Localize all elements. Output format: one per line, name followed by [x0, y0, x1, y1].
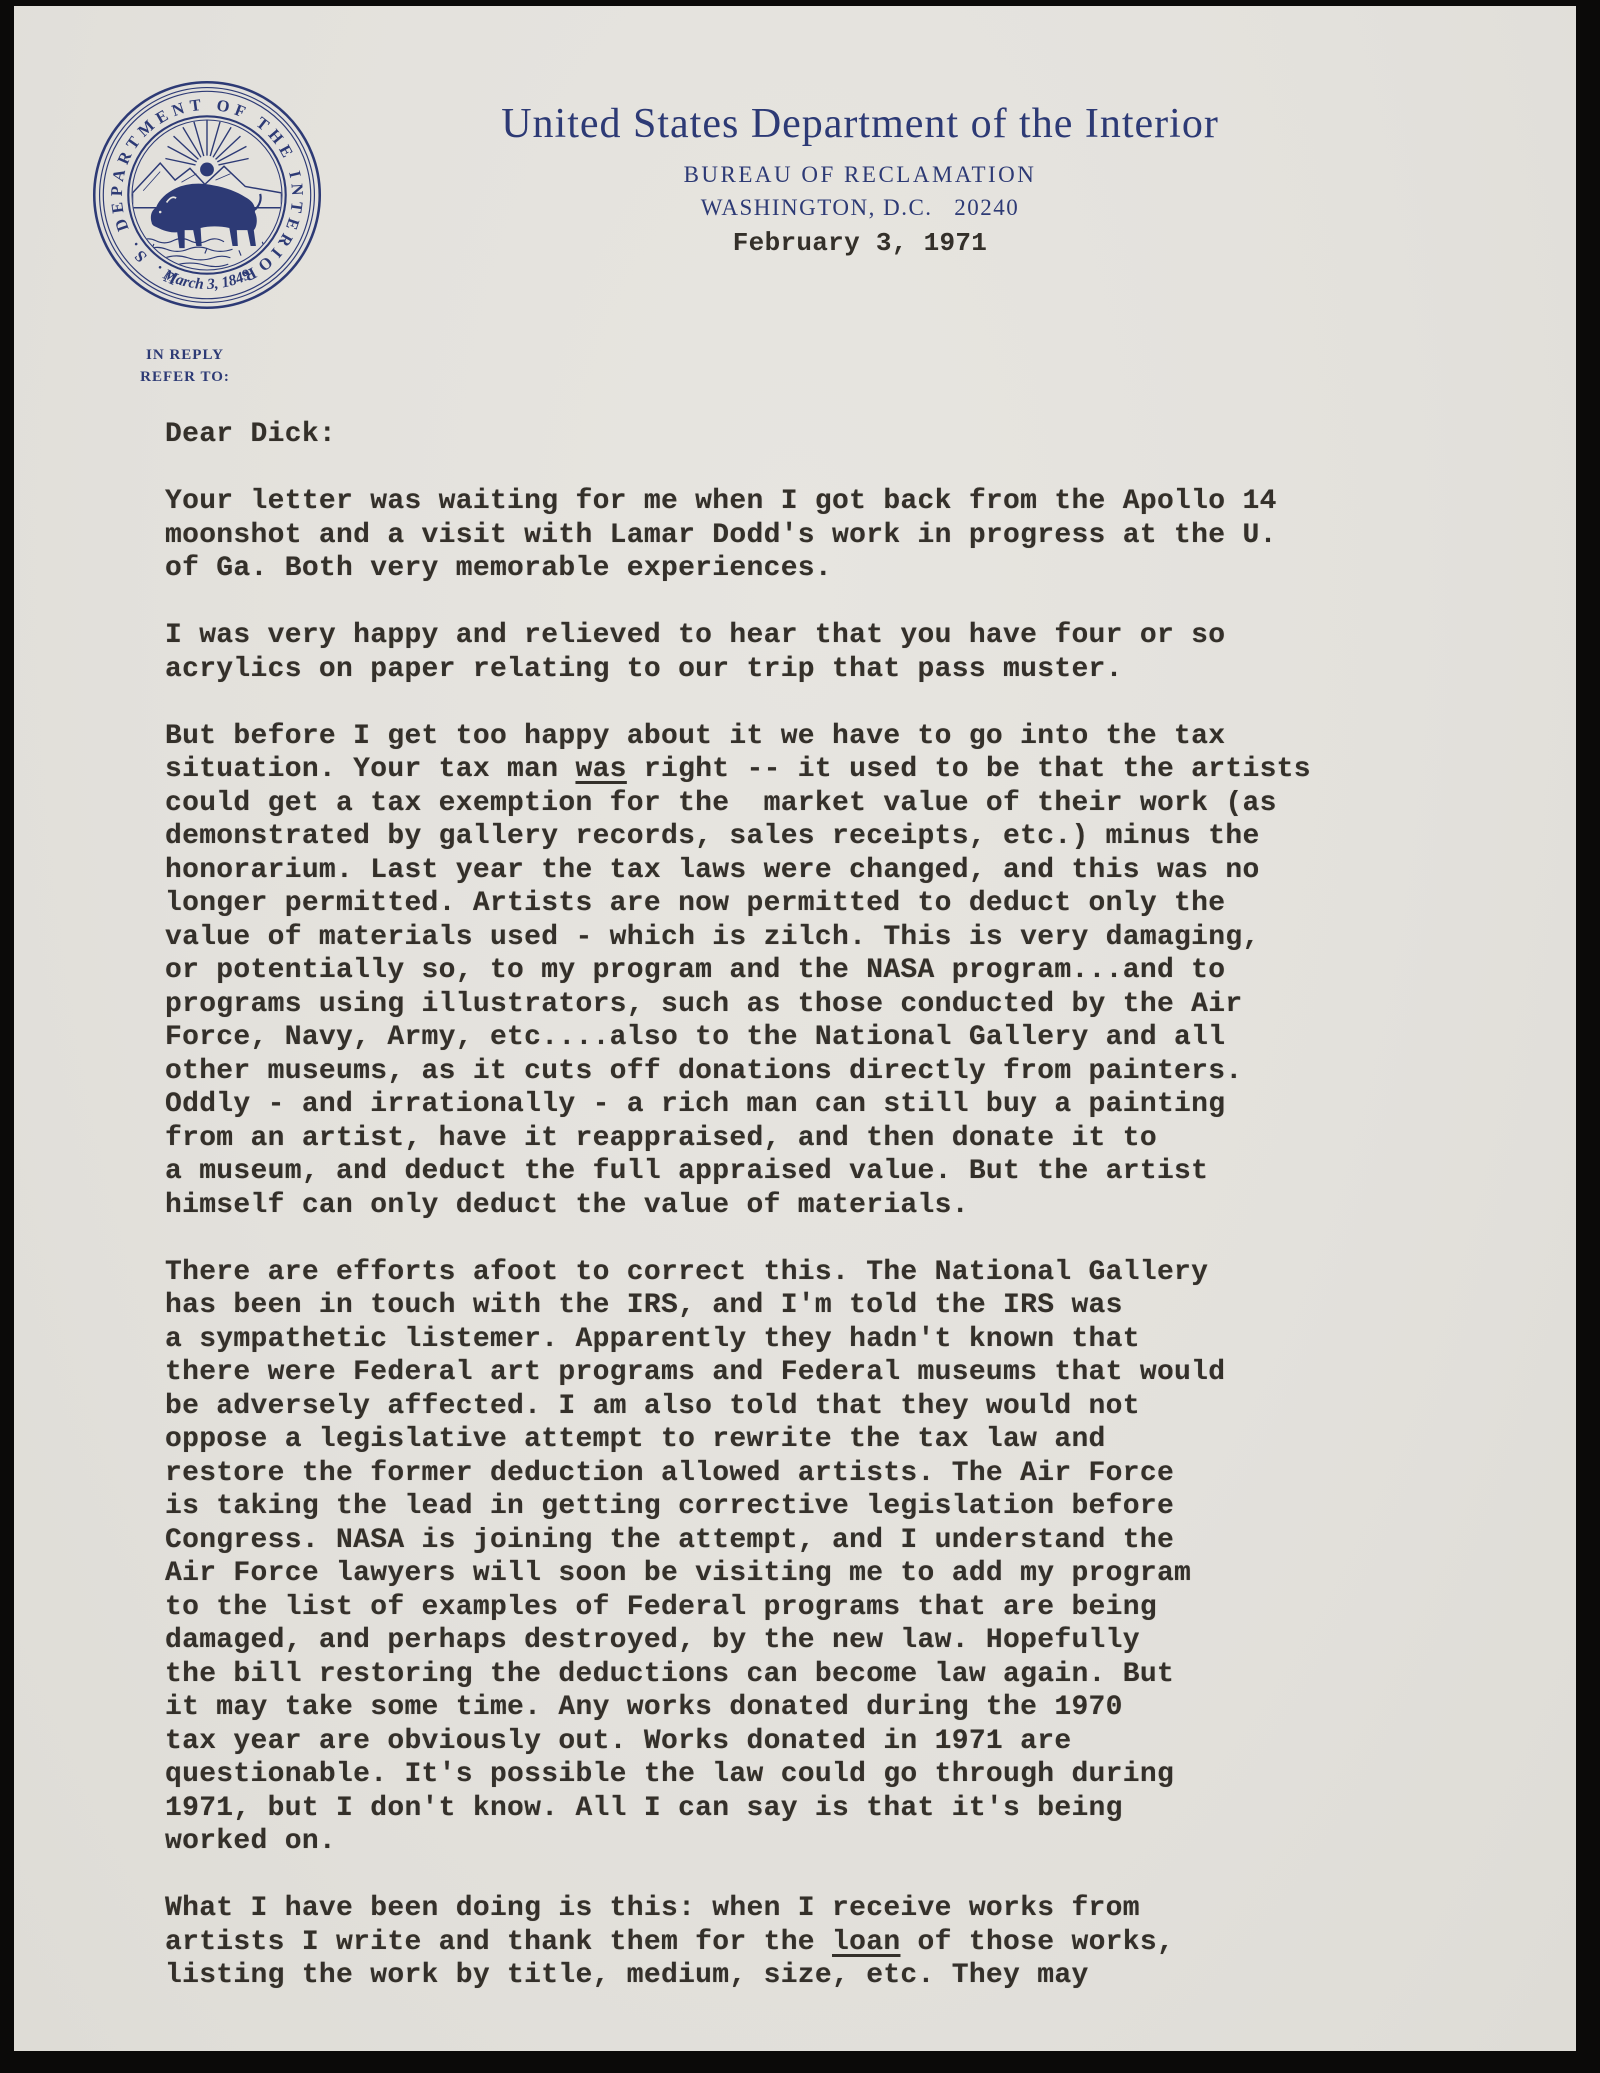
letter-paragraph: There are efforts afoot to correct this.…: [165, 1256, 1311, 1859]
letter-line: restore the former deduction allowed art…: [165, 1457, 1311, 1491]
letter-line: has been in touch with the IRS, and I'm …: [165, 1289, 1311, 1323]
underlined-word: was: [575, 754, 626, 785]
letter-line: programs using illustrators, such as tho…: [165, 988, 1311, 1022]
letter-line: What I have been doing is this: when I r…: [165, 1892, 1311, 1926]
reply-line-2: REFER TO:: [130, 366, 240, 388]
letter-line: I was very happy and relieved to hear th…: [165, 619, 1311, 653]
reply-reference-label: IN REPLY REFER TO:: [130, 344, 240, 388]
letter-line: situation. Your tax man was right -- it …: [165, 753, 1311, 787]
letter-line: artists I write and thank them for the l…: [165, 1926, 1311, 1960]
letter-line: it may take some time. Any works donated…: [165, 1691, 1311, 1725]
underlined-word: loan: [832, 1927, 900, 1958]
letter-line: or potentially so, to my program and the…: [165, 954, 1311, 988]
letter-line: to the list of examples of Federal progr…: [165, 1591, 1311, 1625]
letter-line: of Ga. Both very memorable experiences.: [165, 552, 1311, 586]
interior-department-seal: U. S. DEPARTMENT OF THE INTERIOR March 3…: [90, 78, 324, 312]
letter-paragraph: Your letter was waiting for me when I go…: [165, 485, 1311, 586]
letter-paragraph: Dear Dick:: [165, 418, 1311, 452]
letter-line: there were Federal art programs and Fede…: [165, 1356, 1311, 1390]
letter-line: damaged, and perhaps destroyed, by the n…: [165, 1624, 1311, 1658]
letter-line: tax year are obviously out. Works donate…: [165, 1725, 1311, 1759]
letter-line: Dear Dick:: [165, 418, 1311, 452]
letterhead: United States Department of the Interior…: [410, 100, 1310, 259]
letterhead-city: WASHINGTON, D.C. 20240: [410, 194, 1310, 222]
letter-document: { "colors": { "ink_navy": "#2d3a75", "in…: [0, 0, 1600, 2073]
letter-line: a museum, and deduct the full appraised …: [165, 1155, 1311, 1189]
letter-date: February 3, 1971: [410, 227, 1310, 259]
letter-line: listing the work by title, medium, size,…: [165, 1959, 1311, 1993]
letter-line: oppose a legislative attempt to rewrite …: [165, 1423, 1311, 1457]
letter-line: But before I get too happy about it we h…: [165, 720, 1311, 754]
letter-line: 1971, but I don't know. All I can say is…: [165, 1792, 1311, 1826]
letter-line: from an artist, have it reappraised, and…: [165, 1122, 1311, 1156]
letter-line: Oddly - and irrationally - a rich man ca…: [165, 1088, 1311, 1122]
letter-line: the bill restoring the deductions can be…: [165, 1658, 1311, 1692]
letter-line: worked on.: [165, 1825, 1311, 1859]
letter-line: Congress. NASA is joining the attempt, a…: [165, 1524, 1311, 1558]
letter-line: could get a tax exemption for the market…: [165, 787, 1311, 821]
paper: U. S. DEPARTMENT OF THE INTERIOR March 3…: [14, 6, 1576, 2051]
letterhead-title: United States Department of the Interior: [410, 100, 1310, 148]
letter-line: Force, Navy, Army, etc....also to the Na…: [165, 1021, 1311, 1055]
letter-line: demonstrated by gallery records, sales r…: [165, 820, 1311, 854]
letter-line: value of materials used - which is zilch…: [165, 921, 1311, 955]
letter-line: is taking the lead in getting corrective…: [165, 1490, 1311, 1524]
seal-graphic: U. S. DEPARTMENT OF THE INTERIOR March 3…: [90, 78, 324, 312]
letter-line: honorarium. Last year the tax laws were …: [165, 854, 1311, 888]
reply-line-1: IN REPLY: [130, 344, 240, 366]
sun-icon: [200, 163, 214, 177]
letter-body: Dear Dick:Your letter was waiting for me…: [165, 418, 1311, 1993]
letter-paragraph: What I have been doing is this: when I r…: [165, 1892, 1311, 1993]
letterhead-bureau: BUREAU OF RECLAMATION: [410, 161, 1310, 189]
letter-line: a sympathetic listemer. Apparently they …: [165, 1323, 1311, 1357]
letter-line: be adversely affected. I am also told th…: [165, 1390, 1311, 1424]
letter-line: moonshot and a visit with Lamar Dodd's w…: [165, 519, 1311, 553]
letter-line: Air Force lawyers will soon be visiting …: [165, 1557, 1311, 1591]
letter-line: other museums, as it cuts off donations …: [165, 1055, 1311, 1089]
letter-paragraph: But before I get too happy about it we h…: [165, 720, 1311, 1223]
letter-line: questionable. It's possible the law coul…: [165, 1758, 1311, 1792]
letter-line: There are efforts afoot to correct this.…: [165, 1256, 1311, 1290]
letter-paragraph: I was very happy and relieved to hear th…: [165, 619, 1311, 686]
letter-line: acrylics on paper relating to our trip t…: [165, 653, 1311, 687]
letter-line: Your letter was waiting for me when I go…: [165, 485, 1311, 519]
letter-line: longer permitted. Artists are now permit…: [165, 887, 1311, 921]
letter-line: himself can only deduct the value of mat…: [165, 1189, 1311, 1223]
